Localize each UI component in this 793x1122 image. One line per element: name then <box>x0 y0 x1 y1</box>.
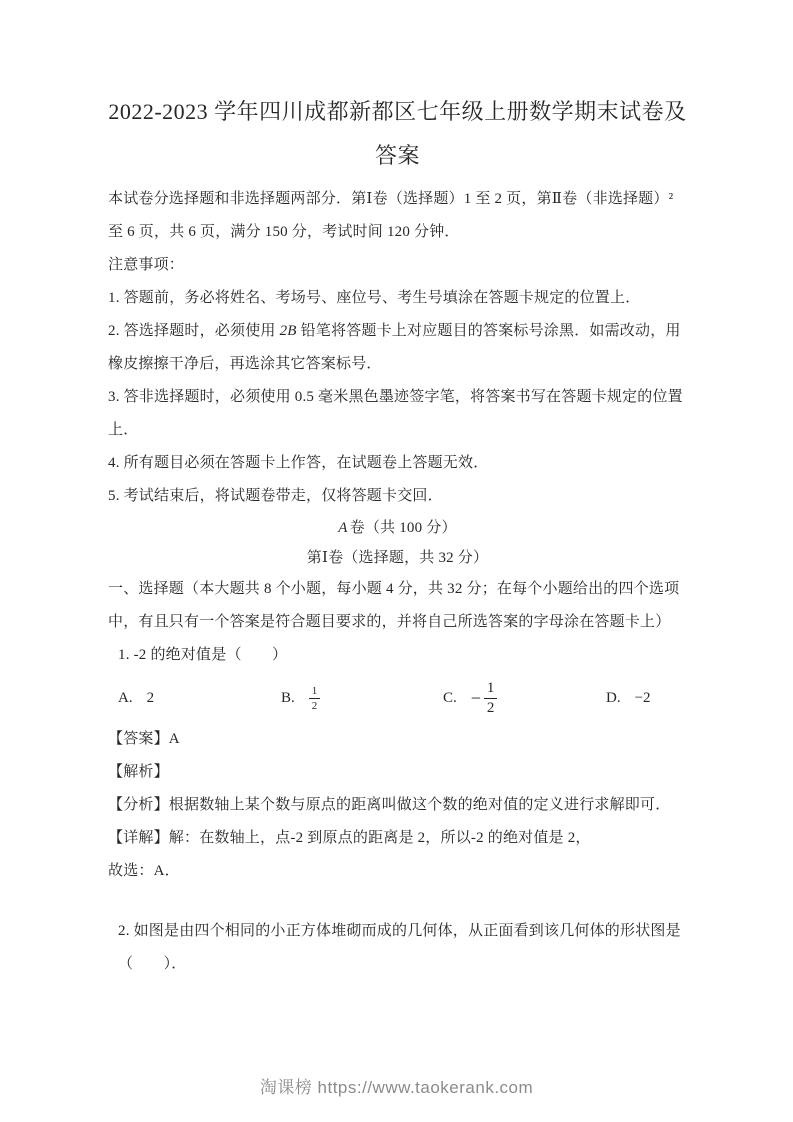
page-title-line-2: 答案 <box>108 134 687 178</box>
option-a: A. 2 <box>118 673 154 723</box>
paper-a-heading: A卷（共 100 分） <box>108 513 687 543</box>
option-c-fraction: 1 2 <box>484 679 498 718</box>
option-a-value: 2 <box>147 690 155 707</box>
question-1-analysis-heading: 【解析】 <box>108 756 687 789</box>
notice-item-2: 2. 答选择题时，必须使用 2B 铅笔将答题卡上对应题目的答案标号涂黑．如需改动… <box>108 315 687 381</box>
question-2-stem: 2. 如图是由四个相同的小正方体堆砌而成的几何体，从正面看到该几何体的形状图是 <box>108 915 687 948</box>
document-content: 2022-2023 学年四川成都新都区七年级上册数学期末试卷及 答案 本试卷分选… <box>0 0 793 981</box>
paper-a-rest: 卷（共 100 分） <box>350 520 457 536</box>
option-b: B. 1 2 <box>281 673 320 723</box>
notice-item-4: 4. 所有题目必须在答题卡上作答，在试题卷上答题无效． <box>108 447 687 480</box>
option-b-label: B. <box>281 690 295 707</box>
question-1-detail: 【详解】解：在数轴上，点-2 到原点的距离是 2，所以-2 的绝对值是 2， <box>108 822 687 855</box>
option-c: C. − 1 2 <box>443 673 497 723</box>
notice-item-1: 1. 答题前，务必将姓名、考场号、座位号、考生号填涂在答题卡规定的位置上． <box>108 282 687 315</box>
intro-paragraph: 本试卷分选择题和非选择题两部分．第Ⅰ卷（选择题）1 至 2 页，第Ⅱ卷（非选择题… <box>108 183 687 249</box>
option-d-value: −2 <box>635 690 651 707</box>
option-c-label: C. <box>443 690 457 707</box>
option-b-denominator: 2 <box>309 698 321 713</box>
question-1-analysis: 【分析】根据数轴上某个数与原点的距离叫做这个数的绝对值的定义进行求解即可． <box>108 789 687 822</box>
question-1-conclusion: 故选：A． <box>108 855 687 888</box>
option-b-numerator: 1 <box>309 684 321 698</box>
option-b-fraction: 1 2 <box>309 684 321 713</box>
multiple-choice-intro: 一、选择题（本大题共 8 个小题，每小题 4 分，共 32 分；在每个小题给出的… <box>108 573 687 639</box>
question-1-answer: 【答案】A <box>108 723 687 756</box>
option-c-minus-sign: − <box>471 688 481 709</box>
section-1-heading: 第Ⅰ卷（选择题，共 32 分） <box>108 543 687 573</box>
exam-document-page: 2022-2023 学年四川成都新都区七年级上册数学期末试卷及 答案 本试卷分选… <box>0 0 793 1122</box>
pencil-grade-2b: 2B <box>280 323 297 339</box>
site-watermark: 淘课榜 https://www.taokerank.com <box>0 1073 793 1098</box>
page-title-line-1: 2022-2023 学年四川成都新都区七年级上册数学期末试卷及 <box>108 90 687 134</box>
question-1-options: A. 2 B. 1 2 C. − 1 2 D. −2 <box>108 673 687 723</box>
option-d: D. −2 <box>606 673 651 723</box>
page-title: 2022-2023 学年四川成都新都区七年级上册数学期末试卷及 答案 <box>108 0 687 178</box>
site-name-and-url: 淘课榜 https://www.taokerank.com <box>260 1078 533 1097</box>
notice-item-2-text: 2. 答选择题时，必须使用 <box>108 323 280 339</box>
question-2-answer-blank: （ ）． <box>108 948 687 981</box>
notice-heading: 注意事项： <box>108 249 687 282</box>
option-c-denominator: 2 <box>484 698 498 718</box>
option-c-numerator: 1 <box>484 679 498 698</box>
question-1-stem: 1. -2 的绝对值是（ ） <box>108 639 687 672</box>
option-a-label: A. <box>118 690 133 707</box>
notice-item-3: 3. 答非选择题时，必须使用 0.5 毫米黑色墨迹签字笔，将答案书写在答题卡规定… <box>108 381 687 447</box>
notice-item-5: 5. 考试结束后，将试题卷带走，仅将答题卡交回． <box>108 480 687 513</box>
option-d-label: D. <box>606 690 621 707</box>
paper-a-letter: A <box>338 520 347 536</box>
